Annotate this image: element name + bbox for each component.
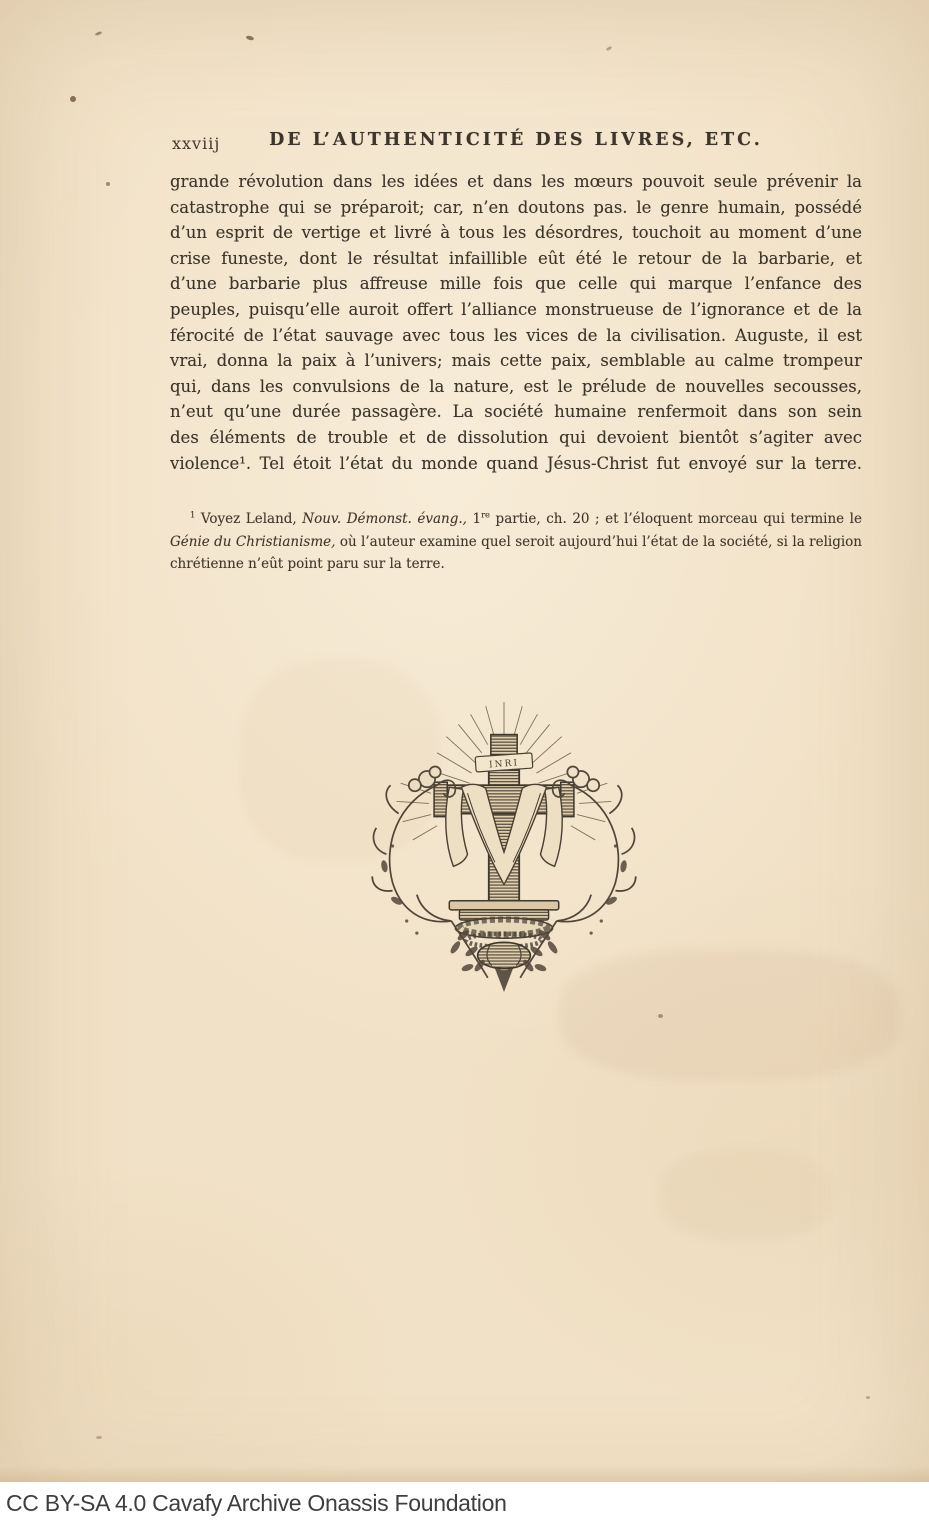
footnote: 1 Voyez Leland, Nouv. Démonst. évang., 1… [170, 508, 862, 576]
pedestal [449, 901, 558, 992]
license-bar: CC BY-SA 4.0 Cavafy Archive Onassis Foun… [0, 1482, 929, 1524]
inri-banner: INRI [475, 753, 533, 772]
footnote-line: 1 Voyez Leland, Nouv. Démonst. évang., 1… [170, 508, 862, 531]
page-number: xxviij [172, 134, 220, 153]
ghost-stain [240, 660, 440, 860]
paper-speck [106, 182, 110, 186]
inri-label: INRI [489, 758, 520, 770]
paper-speck [70, 96, 76, 102]
body-line: grande révolution dans les idées et dans… [170, 169, 862, 195]
body-line: peuples, puisqu’elle auroit offert l’all… [170, 297, 862, 323]
body-line: violence¹. Tel étoit l’état du monde qua… [170, 451, 862, 477]
footnote-line: chrétienne n’eût point paru sur la terre… [170, 553, 862, 576]
body-line: d’un esprit de vertige et livré à tous l… [170, 220, 862, 246]
license-text: CC BY-SA 4.0 Cavafy Archive Onassis Foun… [0, 1482, 929, 1524]
body-line: qui, dans les convulsions de la nature, … [170, 374, 862, 400]
paper-speck [96, 1436, 102, 1439]
running-header: xxviij DE L’AUTHENTICITÉ DES LIVRES, ETC… [170, 130, 862, 156]
running-title: DE L’AUTHENTICITÉ DES LIVRES, ETC. [170, 130, 862, 150]
body-line: férocité de l’état sauvage avec tous les… [170, 323, 862, 349]
ghost-stain [660, 1150, 830, 1240]
body-line: d’une barbarie plus affreuse mille fois … [170, 271, 862, 297]
body-line: crise funeste, dont le résultat infailli… [170, 246, 862, 272]
footnote-line: Génie du Christianisme, où l’auteur exam… [170, 531, 862, 554]
book-page-scan: xxviij DE L’AUTHENTICITÉ DES LIVRES, ETC… [0, 0, 929, 1524]
paper-speck [606, 46, 613, 52]
body-line: catastrophe qui se préparoit; car, n’en … [170, 195, 862, 221]
body-line: vrai, donna la paix à l’univers; mais ce… [170, 348, 862, 374]
paper-speck [866, 1396, 870, 1399]
body-line: des éléments de trouble et de dissolutio… [170, 425, 862, 451]
body-line: n’eut qu’une durée passagère. La société… [170, 399, 862, 425]
page-bottom-edge-shadow [0, 1466, 929, 1482]
ghost-stain [560, 950, 900, 1080]
body-paragraph: grande révolution dans les idées et dans… [170, 169, 862, 476]
paper-speck [95, 31, 103, 36]
paper-speck [246, 35, 255, 41]
